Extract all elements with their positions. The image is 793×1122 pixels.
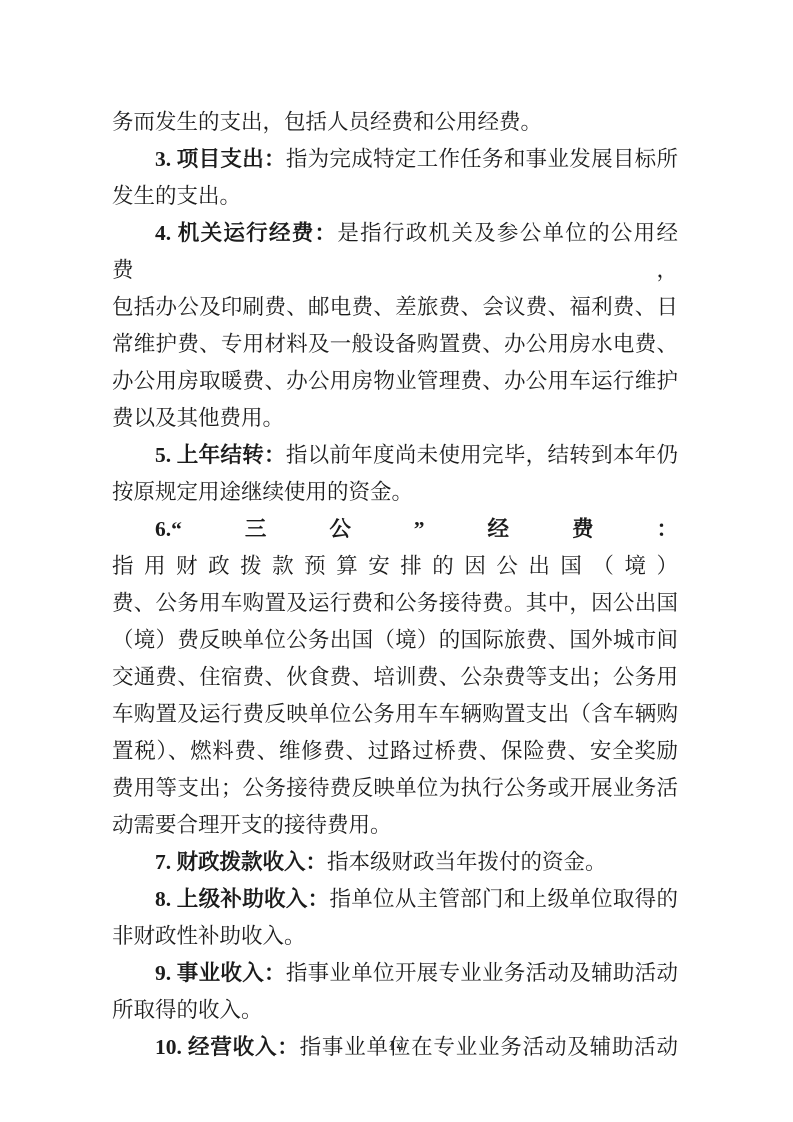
text-line: 包括办公及印刷费、邮电费、差旅费、会议费、福利费、日: [112, 289, 678, 326]
text-line: 车购置及运行费反映单位公务用车车辆购置支出（含车辆购: [112, 696, 678, 733]
term-label: 7. 财政拨款收入：: [155, 850, 327, 874]
term-label: 5. 上年结转：: [155, 443, 286, 467]
line-text: （境）费反映单位公务出国（境）的国际旅费、国外城市间: [112, 628, 678, 652]
line-text: 动需要合理开支的接待费用。: [112, 813, 392, 837]
line-text: 务而发生的支出，包括人员经费和公用经费。: [112, 110, 542, 134]
text-line: 9. 事业收入：指事业单位开展专业业务活动及辅助活动: [112, 955, 678, 992]
text-line: 非财政性补助收入。: [112, 918, 678, 955]
text-line: 费以及其他费用。: [112, 400, 678, 437]
text-line: 常维护费、专用材料及一般设备购置费、办公用房水电费、: [112, 326, 678, 363]
body-text: 务而发生的支出，包括人员经费和公用经费。3. 项目支出：指为完成特定工作任务和事…: [112, 104, 678, 1066]
line-text: 发生的支出。: [112, 184, 241, 208]
text-line: 所取得的收入。: [112, 992, 678, 1029]
line-text: 指事业单位开展专业业务活动及辅助活动: [286, 961, 678, 985]
text-line: 动需要合理开支的接待费用。: [112, 807, 678, 844]
text-line: 8. 上级补助收入：指单位从主管部门和上级单位取得的: [112, 881, 678, 918]
line-text: 指本级财政当年拨付的资金。: [327, 850, 607, 874]
text-line: 发生的支出。: [112, 178, 678, 215]
text-line: 按原规定用途继续使用的资金。: [112, 474, 678, 511]
line-text: 包括办公及印刷费、邮电费、差旅费、会议费、福利费、日: [112, 295, 678, 319]
term-label: 6.“三公”经费：: [155, 517, 678, 541]
line-text: 按原规定用途继续使用的资金。: [112, 480, 413, 504]
line-text: 指为完成特定工作任务和事业发展目标所: [286, 147, 678, 171]
term-label: 4. 机关运行经费：: [155, 221, 337, 245]
text-line: 费用等支出；公务接待费反映单位为执行公务或开展业务活: [112, 770, 678, 807]
line-text: 费、公务用车购置及运行费和公务接待费。其中，因公出国: [112, 591, 678, 615]
line-text: 费以及其他费用。: [112, 406, 284, 430]
text-line: 费、公务用车购置及运行费和公务接待费。其中，因公出国: [112, 585, 678, 622]
text-line: 务而发生的支出，包括人员经费和公用经费。: [112, 104, 678, 141]
line-text: 办公用房取暖费、办公用房物业管理费、办公用车运行维护: [112, 369, 678, 393]
text-line: 5. 上年结转：指以前年度尚未使用完毕，结转到本年仍: [112, 437, 678, 474]
line-text: 置税）、燃料费、维修费、过路过桥费、保险费、安全奖励: [112, 739, 678, 763]
line-text: 指以前年度尚未使用完毕，结转到本年仍: [286, 443, 678, 467]
term-label: 8. 上级补助收入：: [155, 887, 329, 911]
line-text: 指单位从主管部门和上级单位取得的: [329, 887, 678, 911]
text-line: 4. 机关运行经费：是指行政机关及参公单位的公用经费，: [112, 215, 678, 289]
line-text: 常维护费、专用材料及一般设备购置费、办公用房水电费、: [112, 332, 678, 356]
line-text: 交通费、住宿费、伙食费、培训费、公杂费等支出；公务用: [112, 665, 678, 689]
line-text: 车购置及运行费反映单位公务用车车辆购置支出（含车辆购: [112, 702, 678, 726]
text-line: 置税）、燃料费、维修费、过路过桥费、保险费、安全奖励: [112, 733, 678, 770]
text-line: 交通费、住宿费、伙食费、培训费、公杂费等支出；公务用: [112, 659, 678, 696]
line-text: 非财政性补助收入。: [112, 924, 306, 948]
text-line: 办公用房取暖费、办公用房物业管理费、办公用车运行维护: [112, 363, 678, 400]
term-label: 9. 事业收入：: [155, 961, 286, 985]
text-line: 6.“三公”经费：指用财政拨款预算安排的因公出国（境）: [112, 511, 678, 585]
text-line: 3. 项目支出：指为完成特定工作任务和事业发展目标所: [112, 141, 678, 178]
text-line: （境）费反映单位公务出国（境）的国际旅费、国外城市间: [112, 622, 678, 659]
line-text: 指用财政拨款预算安排的因公出国（境）: [112, 554, 678, 578]
term-label: 3. 项目支出：: [155, 147, 286, 171]
line-text: 费用等支出；公务接待费反映单位为执行公务或开展业务活: [112, 776, 678, 800]
line-text: 所取得的收入。: [112, 998, 263, 1022]
text-line: 7. 财政拨款收入：指本级财政当年拨付的资金。: [112, 844, 678, 881]
document-page: 务而发生的支出，包括人员经费和公用经费。3. 项目支出：指为完成特定工作任务和事…: [0, 0, 793, 1122]
page-number: 14: [0, 1038, 793, 1055]
